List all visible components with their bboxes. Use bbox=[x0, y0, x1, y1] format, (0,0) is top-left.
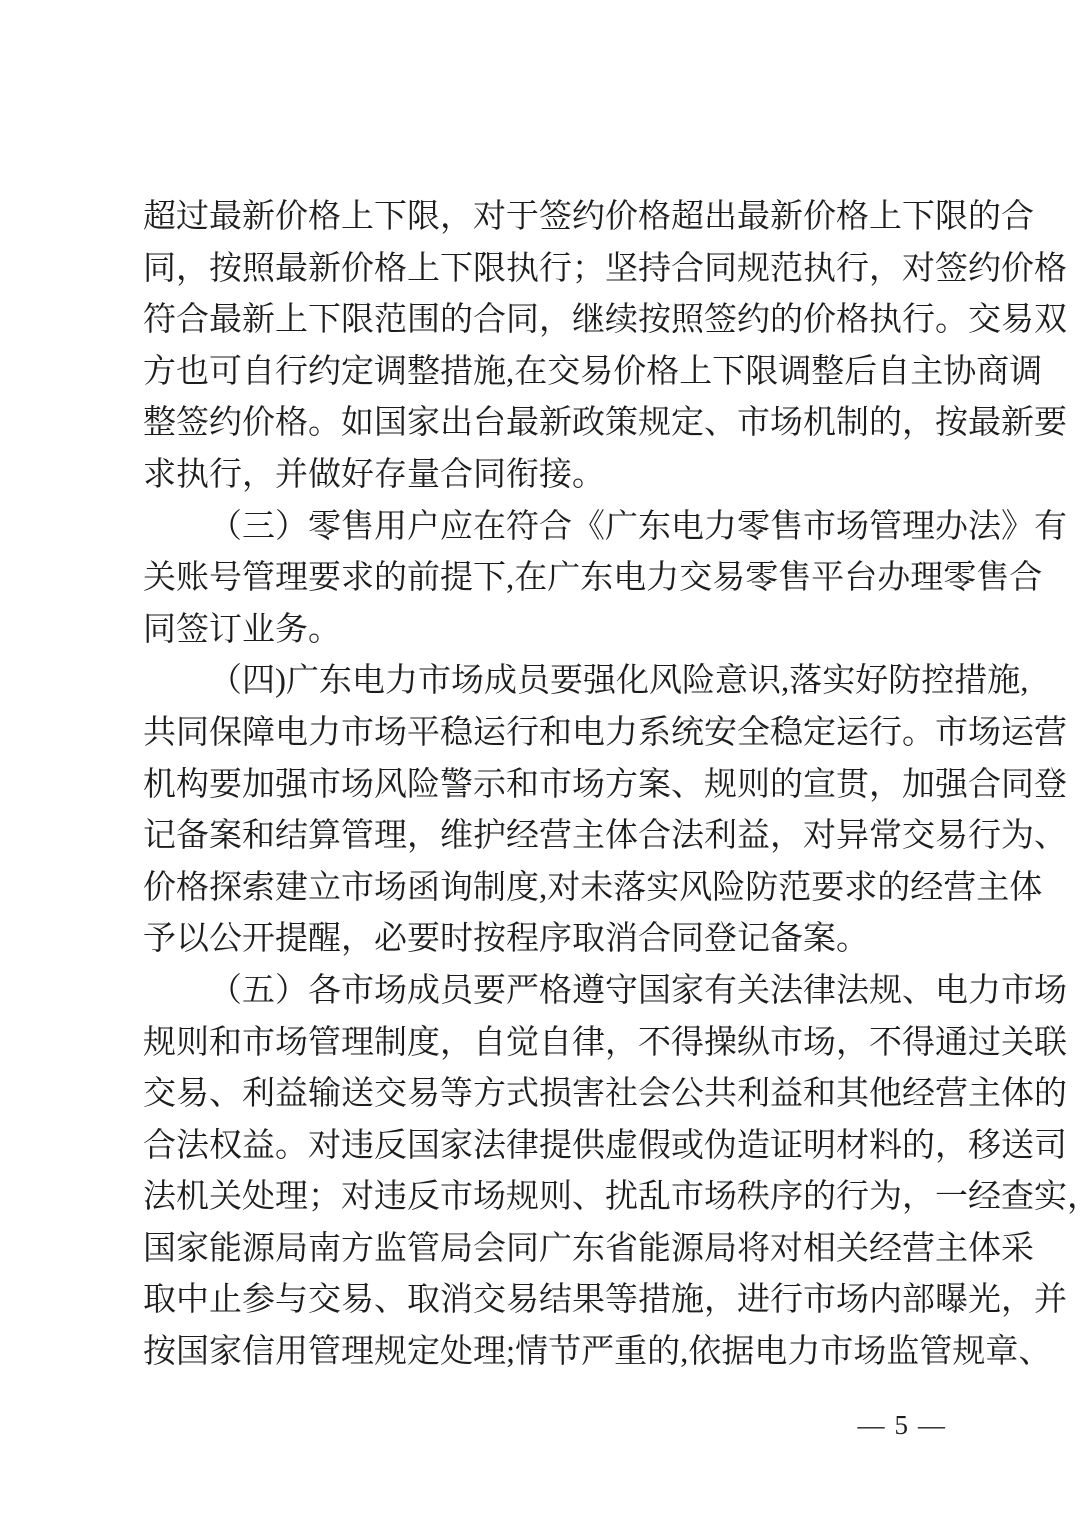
text-line: 合法权益。对违反国家法律提供虚假或伪造证明材料的，移送司 bbox=[143, 1121, 951, 1173]
text-line: 共同保障电力市场平稳运行和电力系统安全稳定运行。市场运营 bbox=[143, 708, 951, 760]
text-line: 按国家信用管理规定处理;情节严重的,依据电力市场监管规章、 bbox=[143, 1327, 951, 1379]
text-line: 机构要加强市场风险警示和市场方案、规则的宣贯，加强合同登 bbox=[143, 760, 951, 812]
text-line: 予以公开提醒，必要时按程序取消合同登记备案。 bbox=[143, 914, 951, 966]
text-line: 超过最新价格上下限，对于签约价格超出最新价格上下限的合 bbox=[143, 192, 951, 244]
text-line-paragraph-start: （五）各市场成员要严格遵守国家有关法律法规、电力市场 bbox=[143, 966, 951, 1018]
page-number-left-dash: — bbox=[858, 1410, 887, 1440]
text-line: 同签订业务。 bbox=[143, 605, 951, 657]
text-line-paragraph-start: （三）零售用户应在符合《广东电力零售市场管理办法》有 bbox=[143, 502, 951, 554]
text-line: 整签约价格。如国家出台最新政策规定、市场机制的，按最新要 bbox=[143, 398, 951, 450]
text-line: 取中止参与交易、取消交易结果等措施，进行市场内部曝光，并 bbox=[143, 1275, 951, 1327]
text-line-paragraph-start: （四)广东电力市场成员要强化风险意识,落实好防控措施, bbox=[143, 656, 951, 708]
text-line: 规则和市场管理制度，自觉自律，不得操纵市场，不得通过关联 bbox=[143, 1018, 951, 1070]
text-line: 国家能源局南方监管局会同广东省能源局将对相关经营主体采 bbox=[143, 1224, 951, 1276]
text-line: 求执行，并做好存量合同衔接。 bbox=[143, 450, 951, 502]
text-line: 符合最新上下限范围的合同，继续按照签约的价格执行。交易双 bbox=[143, 295, 951, 347]
text-line: 法机关处理；对违反市场规则、扰乱市场秩序的行为，一经查实， bbox=[143, 1172, 951, 1224]
text-line: 价格探索建立市场函询制度,对未落实风险防范要求的经营主体 bbox=[143, 863, 951, 915]
document-page: 超过最新价格上下限，对于签约价格超出最新价格上下限的合 同，按照最新价格上下限执… bbox=[0, 0, 1080, 1527]
text-line: 方也可自行约定调整措施,在交易价格上下限调整后自主协商调 bbox=[143, 347, 951, 399]
page-number-value: 5 bbox=[887, 1410, 919, 1440]
text-line: 同，按照最新价格上下限执行；坚持合同规范执行，对签约价格 bbox=[143, 244, 951, 296]
text-line: 记备案和结算管理，维护经营主体合法利益，对异常交易行为、 bbox=[143, 811, 951, 863]
document-body: 超过最新价格上下限，对于签约价格超出最新价格上下限的合 同，按照最新价格上下限执… bbox=[143, 192, 951, 1379]
page-number: —5— bbox=[858, 1410, 948, 1441]
page-number-right-dash: — bbox=[918, 1410, 947, 1440]
text-line: 关账号管理要求的前提下,在广东电力交易零售平台办理零售合 bbox=[143, 553, 951, 605]
text-line: 交易、利益输送交易等方式损害社会公共利益和其他经营主体的 bbox=[143, 1069, 951, 1121]
